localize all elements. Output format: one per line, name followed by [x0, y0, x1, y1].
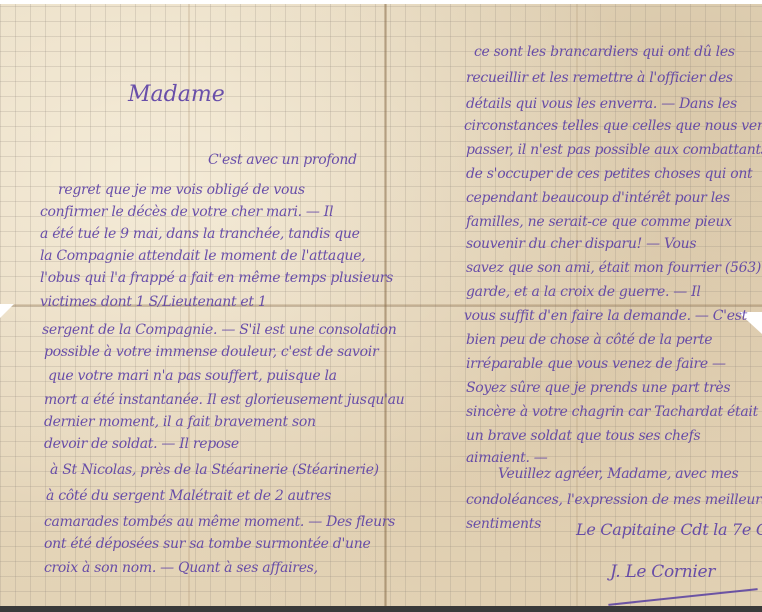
- letter-line: condoléances, l'expression de mes meille…: [466, 492, 762, 508]
- scan-bottom-edge: [0, 606, 762, 612]
- letter-line: sincère à votre chagrin car Tachardat ét…: [466, 404, 758, 420]
- letter-line: la Compagnie attendait le moment de l'at…: [40, 248, 365, 264]
- letter-line: devoir de soldat. — Il repose: [44, 436, 239, 452]
- letter-line: C'est avec un profond: [208, 152, 357, 168]
- letter-line: à côté du sergent Malétrait et de 2 autr…: [46, 488, 331, 504]
- letter-line: vous suffit d'en faire la demande. — C'e…: [464, 308, 747, 324]
- letter-line: savez que son ami, était mon fourrier (5…: [466, 260, 761, 276]
- letter-line: un brave soldat que tous ses chefs: [466, 428, 700, 444]
- letter-line: regret que je me vois obligé de vous: [58, 182, 305, 198]
- signature-title: Le Capitaine Cdt la 7e Cie: [576, 520, 762, 539]
- letter-line: confirmer le décès de votre cher mari. —…: [40, 204, 333, 220]
- salutation: Madame: [128, 82, 225, 107]
- letter-line: circonstances telles que celles que nous…: [464, 118, 762, 134]
- letter-sheet: Madame C'est avec un profond regret que …: [0, 4, 762, 607]
- letter-line: sentiments: [466, 516, 541, 532]
- letter-line: aimaient. —: [466, 450, 547, 466]
- letter-line: ont été déposées sur sa tombe surmontée …: [44, 536, 370, 552]
- letter-line: victimes dont 1 S/Lieutenant et 1: [40, 294, 267, 310]
- letter-line: cependant beaucoup d'intérêt pour les: [466, 190, 730, 206]
- letter-line: mort a été instantanée. Il est glorieuse…: [44, 392, 404, 408]
- letter-line: recueillir et les remettre à l'officier …: [466, 70, 733, 86]
- letter-line: Soyez sûre que je prends une part très: [466, 380, 730, 396]
- letter-line: garde, et a la croix de guerre. — Il: [466, 284, 701, 300]
- letter-line: possible à votre immense douleur, c'est …: [44, 344, 378, 360]
- letter-line: sergent de la Compagnie. — S'il est une …: [42, 322, 396, 338]
- letter-line: irréparable que vous venez de faire —: [466, 356, 726, 372]
- letter-line: à St Nicolas, près de la Stéarinerie (St…: [50, 462, 379, 478]
- letter-line: bien peu de chose à côté de la perte: [466, 332, 712, 348]
- letter-line: croix à son nom. — Quant à ses affaires,: [44, 560, 318, 576]
- letter-line: camarades tombés au même moment. — Des f…: [44, 514, 395, 530]
- torn-corner-left: [0, 304, 14, 318]
- letter-line: Veuillez agréer, Madame, avec mes: [498, 466, 738, 482]
- letter-line: dernier moment, il a fait bravement son: [44, 414, 316, 430]
- letter-line: de s'occuper de ces petites choses qui o…: [466, 166, 752, 182]
- letter-line: souvenir du cher disparu! — Vous: [466, 236, 696, 252]
- signature-name: J. Le Cornier: [610, 562, 715, 582]
- letter-line: ce sont les brancardiers qui ont dû les: [474, 44, 735, 60]
- letter-line: a été tué le 9 mai, dans la tranchée, ta…: [40, 226, 360, 242]
- letter-line: familles, ne serait-ce que comme pieux: [466, 214, 732, 230]
- letter-line: l'obus qui l'a frappé a fait en même tem…: [40, 270, 393, 286]
- letter-line: passer, il n'est pas possible aux combat…: [466, 142, 762, 158]
- letter-line: que votre mari n'a pas souffert, puisque…: [48, 368, 337, 384]
- letter-line: détails qui vous les enverra. — Dans les: [466, 96, 737, 112]
